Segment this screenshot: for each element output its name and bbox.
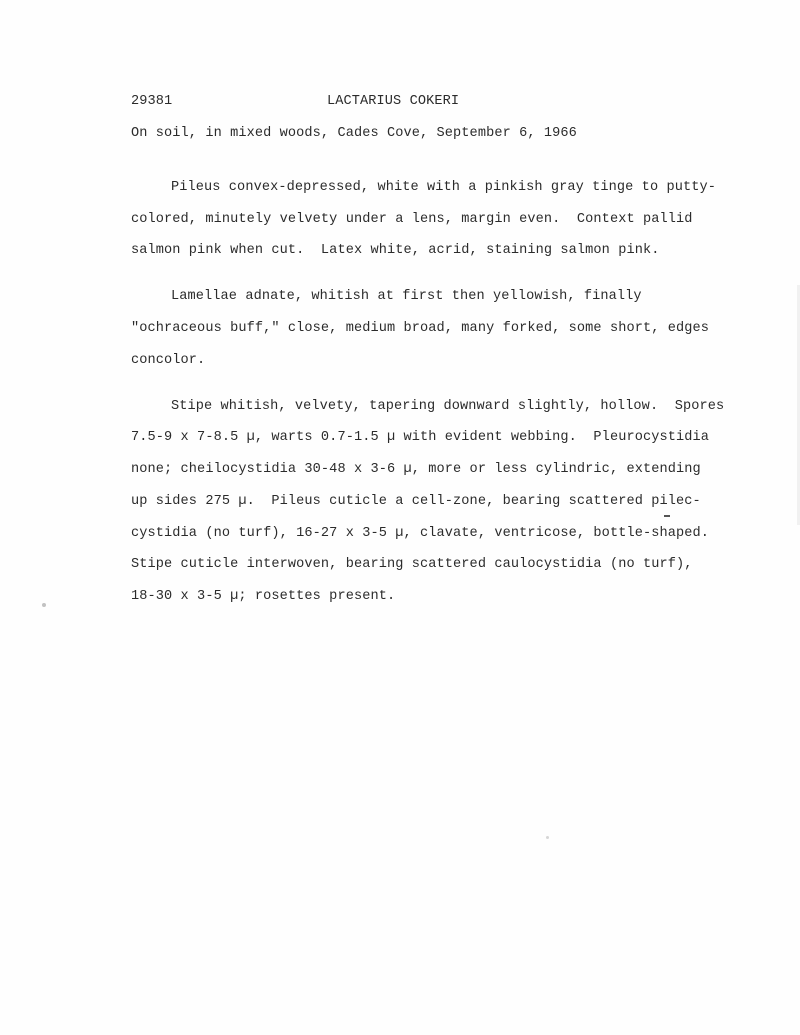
document-page: 29381 LACTARIUS COKERI On soil, in mixed… — [0, 0, 800, 1035]
text-line: "ochraceous buff," close, medium broad, … — [131, 321, 709, 337]
scan-speck — [42, 603, 46, 607]
text-line: cystidia (no turf), 16-27 x 3-5 µ, clava… — [131, 526, 709, 542]
handwritten-caret-mark — [664, 515, 670, 517]
text-line: Lamellae adnate, whitish at first then y… — [171, 289, 642, 305]
scan-speck — [546, 836, 549, 839]
text-line: colored, minutely velvety under a lens, … — [131, 212, 693, 228]
text-line: 7.5-9 x 7-8.5 µ, warts 0.7-1.5 µ with ev… — [131, 430, 709, 446]
text-line: Stipe whitish, velvety, tapering downwar… — [171, 399, 724, 415]
accession-number: 29381 — [131, 94, 172, 110]
collection-locality: On soil, in mixed woods, Cades Cove, Sep… — [131, 126, 577, 142]
text-line: 18-30 x 3-5 µ; rosettes present. — [131, 589, 395, 605]
text-line: Stipe cuticle interwoven, bearing scatte… — [131, 557, 693, 573]
species-title: LACTARIUS COKERI — [327, 94, 459, 110]
text-line: up sides 275 µ. Pileus cuticle a cell-zo… — [131, 494, 701, 510]
text-line: salmon pink when cut. Latex white, acrid… — [131, 243, 659, 259]
text-line: Pileus convex-depressed, white with a pi… — [171, 180, 716, 196]
text-line: concolor. — [131, 353, 205, 369]
text-line: none; cheilocystidia 30-48 x 3-6 µ, more… — [131, 462, 701, 478]
